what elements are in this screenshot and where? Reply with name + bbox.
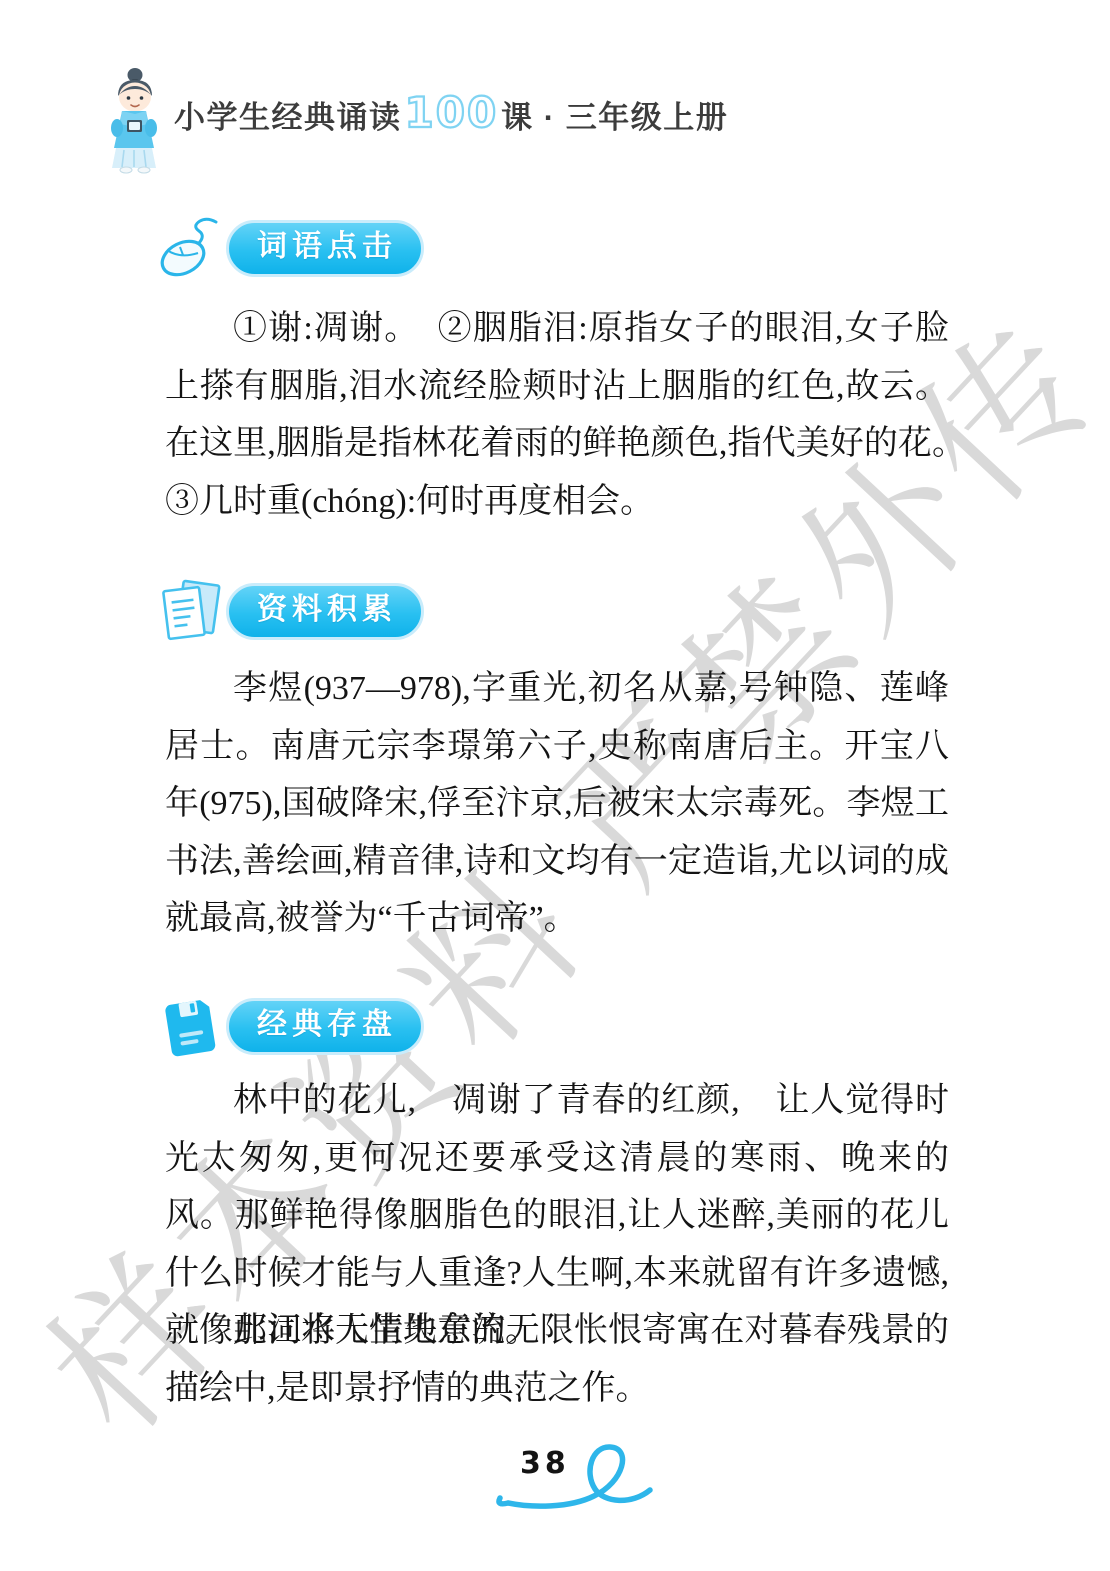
- mouse-icon: [156, 214, 224, 282]
- section-title-badge: 词语点击: [226, 220, 424, 277]
- section-material-heading: 资料积累: [156, 577, 424, 645]
- documents-icon: [156, 577, 224, 645]
- page-number: 38: [520, 1446, 570, 1481]
- title-prefix: 小学生经典诵读: [174, 92, 402, 137]
- page-header: 小学生经典诵读100课 · 三年级上册: [104, 66, 728, 174]
- section-word-notes-heading: 词语点击: [156, 214, 424, 282]
- page-footer: 38: [492, 1434, 682, 1524]
- word-notes-paragraph: ①谢:凋谢。 ②胭脂泪:原指女子的眼泪,女子脸上搽有胭脂,泪水流经脸颊时沾上胭脂…: [165, 300, 949, 530]
- section-title-badge: 经典存盘: [226, 998, 424, 1055]
- scholar-boy-mascot-icon: [104, 66, 164, 174]
- title-number-100: 100: [405, 88, 499, 137]
- title-suffix: 课 · 三年级上册: [501, 92, 728, 137]
- section-classic-heading: 经典存盘: [156, 992, 424, 1060]
- section-title-badge: 资料积累: [226, 583, 424, 640]
- author-bio-paragraph: 李煜(937—978),字重光,初名从嘉,号钟隐、莲峰居士。南唐元宗李璟第六子,…: [165, 660, 949, 948]
- textbook-page: 样本资料 严禁外传: [0, 0, 1110, 1571]
- floppy-disk-icon: [156, 992, 224, 1060]
- commentary-paragraph: 此词将人生失意的无限怅恨寄寓在对暮春残景的描绘中,是即景抒情的典范之作。: [165, 1302, 949, 1417]
- book-series-title: 小学生经典诵读100课 · 三年级上册: [174, 88, 728, 141]
- ribbon-flourish-icon: [492, 1438, 672, 1522]
